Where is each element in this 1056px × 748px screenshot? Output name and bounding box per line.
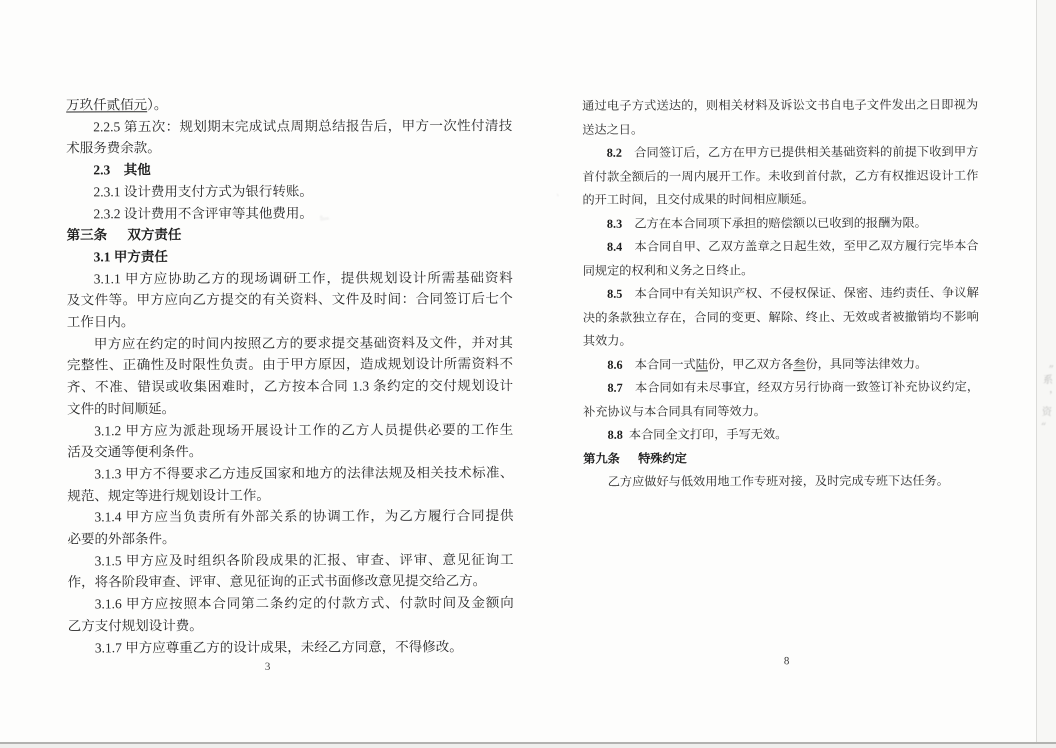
text-run: 本合同如有未尽事宜，经双方另行协商一致签订补充协议约定， [623,380,979,395]
text-run: 补充协议与本合同具有同等效力。 [583,404,766,419]
contract-text-line: 8.4 本合同自甲、乙双方盖章之日起生效，至甲乙双方履行完毕本合 [583,235,979,260]
contract-text-line: 的开工时间，且交付成果的时间相应顺延。 [582,188,978,213]
contract-text-line: 万玖仟贰佰元）。 [66,93,512,116]
text-run: 乙方在本合同项下承担的赔偿额以已收到的报酬为限。 [622,215,927,230]
text-run: 8.6 [607,357,622,371]
text-run: ）。 [147,97,167,112]
text-run: 齐、不准、错误或收集困难时，乙方按本合同 1.3 条约定的交付规划设计 [67,378,513,394]
contract-text-line: 规范、规定等进行规划设计工作。 [67,484,513,507]
contract-text-line: 完整性、正确性及时限性负责。由于甲方原因，造成规划设计所需资料不 [67,353,513,376]
contract-text-line: 乙方应做好与低效用地工作专班对接，及时完成专班下达任务。 [583,470,979,495]
text-run: 活及交通等便利条件。 [67,444,202,459]
scanned-contract-sheet: 万玖仟贰佰元）。2.2.5 第五次：规划期末完成试点周期总结报告后，甲方一次性付… [0,0,1056,748]
text-run: 份，甲乙双方各 [708,357,793,371]
text-run: 及文件等。甲方应向乙方提交的有关资料、文件及时间：合同签订后七个 [67,291,513,307]
text-run: 2.3 其他 [93,162,150,177]
contract-text-line: 8.2 合同签订后，乙方在甲方已提供相关基础资料的前提下收到甲方 [582,141,978,166]
contract-text-line: 工作日内。 [67,310,513,333]
text-run: 3.1.1 甲方应协助乙方的现场调研工作，提供规划设计所需基础资料 [94,270,513,286]
text-run: 送达之日。 [582,122,643,136]
text-run: 完整性、正确性及时限性负责。由于甲方原因，造成规划设计所需资料不 [67,356,513,372]
text-run: 3.1.2 甲方应为派赴现场开展设计工作的乙方人员提供必要的工作生 [94,422,513,438]
text-run: 合同签订后，乙方在甲方已提供相关基础资料的前提下收到甲方 [622,145,978,160]
page-8-text-column: 通过电子方式送达的，则相关材料及诉讼文书自电子文件发出之日即视为送达之日。8.2… [582,94,979,495]
text-run: 本合同一式 [623,357,696,371]
text-run: 3.1.6 甲方应按照本合同第二条约定的付款方式、付款时间及金额向 [95,595,514,611]
text-run: 8.2 [607,146,622,160]
text-run: 3.1 甲方责任 [94,249,168,264]
contract-text-line: 第三条 双方责任 [67,223,513,246]
scan-bottom-edge-shadow [0,744,1056,748]
text-run: 3.1.7 甲方应尊重乙方的设计成果，未经乙方同意，不得修改。 [95,639,463,655]
text-run: 本合同自甲、乙双方盖章之日起生效，至甲乙双方履行完毕本合 [622,239,978,254]
text-run: 的开工时间，且交付成果的时间相应顺延。 [582,192,814,207]
page-number-left: 3 [265,661,271,673]
scan-smudge-artifact: 、 [555,185,568,201]
contract-text-line: 3.1.1 甲方应协助乙方的现场调研工作，提供规划设计所需基础资料 [67,267,513,290]
contract-text-line: 8.3 乙方在本合同项下承担的赔偿额以已收到的报酬为限。 [582,211,978,236]
contract-text-line: 3.1.3 甲方不得要求乙方违反国家和地方的法律法规及相关技术标准、 [67,462,513,485]
text-run: 乙方应做好与低效用地工作专班对接，及时完成专班下达任务。 [608,474,949,489]
contract-text-line: 文件的时间顺延。 [67,397,513,420]
contract-text-line: 首付款全额后的一周内展开工作。未收到首付款，乙方有权推迟设计工作 [582,164,978,189]
page-3-text-column: 万玖仟贰佰元）。2.2.5 第五次：规划期末完成试点周期总结报告后，甲方一次性付… [66,93,514,659]
contract-text-line: 通过电子方式送达的，则相关材料及诉讼文书自电子文件发出之日即视为 [582,94,978,119]
contract-text-line: 3.1.2 甲方应为派赴现场开展设计工作的乙方人员提供必要的工作生 [67,419,513,442]
contract-text-line: 作，将各阶段审查、评审、意见征询的正式书面修改意见提交给乙方。 [68,571,514,594]
text-run: 3.1.3 甲方不得要求乙方违反国家和地方的法律法规及相关技术标准、 [94,465,513,481]
text-run: 本合同中有关知识产权、不侵权保证、保密、违约责任、争议解 [622,286,978,301]
text-run: 文件的时间顺延。 [67,401,175,416]
text-run: 首付款全额后的一周内展开工作。未收到首付款，乙方有权推迟设计工作 [582,168,978,183]
text-run: 8.7 [607,381,622,395]
page-number-right: 8 [784,655,790,667]
contract-text-line: 2.3.2 设计费用不含评审等其他费用。 [66,202,512,225]
text-run: 叁 [793,357,805,371]
contract-text-line: 齐、不准、错误或收集困难时，乙方按本合同 1.3 条约定的交付规划设计 [67,375,513,398]
text-run: 2.3.1 设计费用支付方式为银行转账。 [93,183,312,199]
contract-text-line: 3.1 甲方责任 [67,245,513,268]
contract-text-line: 8.7 本合同如有未尽事宜，经双方另行协商一致签订补充协议约定， [583,376,979,401]
text-run: 同规定的权利和义务之日终止。 [583,263,754,278]
scan-smudge-artifact: ﹄ [319,212,333,231]
contract-text-line: 3.1.7 甲方应尊重乙方的设计成果，未经乙方同意，不得修改。 [68,636,514,659]
scanned-paper: 万玖仟贰佰元）。2.2.5 第五次：规划期末完成试点周期总结报告后，甲方一次性付… [0,0,1056,748]
contract-text-line: 8.8 本合同全文打印，手写无效。 [583,423,979,448]
text-run: 3.1.4 甲方应当负责所有外部关系的协调工作，为乙方履行合同提供 [94,508,513,524]
text-run: 2.3.2 设计费用不含评审等其他费用。 [93,205,312,221]
text-run: 乙方支付规划设计费。 [68,618,203,633]
text-run: 甲方应在约定的时间内按照乙方的要求提交基础资料及文件，并对其 [94,335,513,351]
text-run: 第三条 双方责任 [67,227,182,242]
text-run: 3.1.5 甲方应及时组织各阶段成果的汇报、审查、评审、意见征询工 [95,552,514,568]
contract-text-line: 同规定的权利和义务之日终止。 [583,258,979,283]
contract-text-line: 第九条 特殊约定 [583,446,979,471]
contract-text-line: 2.3 其他 [66,158,512,181]
text-run: 工作日内。 [67,314,135,329]
text-run: 其效力。 [583,334,632,348]
contract-text-line: 补充协议与本合同具有同等效力。 [583,399,979,424]
text-run: 8.8 [608,428,623,442]
text-run: 8.5 [607,287,622,301]
text-run: 第九条 特殊约定 [583,451,687,465]
contract-text-line: 8.6 本合同一式陆份，甲乙双方各叁份，具同等法律效力。 [583,352,979,377]
contract-text-line: 送达之日。 [582,117,978,142]
text-run: 决的条款独立存在，合同的变更、解除、终止、无效或者被撤销均不影响 [583,309,979,324]
contract-text-line: 及文件等。甲方应向乙方提交的有关资料、文件及时间：合同签订后七个 [67,288,513,311]
text-run: 8.3 [607,216,622,230]
text-run: 通过电子方式送达的，则相关材料及诉讼文书自电子文件发出之日即视为 [582,98,978,113]
text-run: 规范、规定等进行规划设计工作。 [67,487,270,503]
text-run: 必要的外部条件。 [67,531,175,546]
contract-text-line: 8.5 本合同中有关知识产权、不侵权保证、保密、违约责任、争议解 [583,282,979,307]
contract-text-line: 决的条款独立存在，合同的变更、解除、终止、无效或者被撤销均不影响 [583,305,979,330]
contract-text-line: 3.1.4 甲方应当负责所有外部关系的协调工作，为乙方履行合同提供 [67,505,513,528]
text-run: 份，具同等法律效力。 [805,356,927,370]
contract-text-line: 2.2.5 第五次：规划期末完成试点周期总结报告后，甲方一次性付清技 [66,115,512,138]
text-run: 陆 [696,357,708,371]
text-run: 作，将各阶段审查、评审、意见征询的正式书面修改意见提交给乙方。 [68,574,487,590]
text-run: 2.2.5 第五次：规划期末完成试点周期总结报告后，甲方一次性付清技 [93,118,512,134]
contract-text-line: 活及交通等便利条件。 [67,440,513,463]
text-run: 8.4 [607,240,622,254]
contract-text-line: 必要的外部条件。 [67,527,513,550]
contract-text-line: 甲方应在约定的时间内按照乙方的要求提交基础资料及文件，并对其 [67,332,513,355]
contract-text-line: 3.1.5 甲方应及时组织各阶段成果的汇报、审查、评审、意见征询工 [68,549,514,572]
text-run: 万玖仟贰佰元 [66,97,147,112]
contract-text-line: 3.1.6 甲方应按照本合同第二条约定的付款方式、付款时间及金额向 [68,592,514,615]
contract-text-line: 2.3.1 设计费用支付方式为银行转账。 [66,180,512,203]
text-run: 本合同全文打印，手写无效。 [623,427,788,442]
text-run: 术服务费余款。 [66,141,161,156]
contract-text-line: 术服务费余款。 [66,136,512,159]
contract-text-line: 乙方支付规划设计费。 [68,614,514,637]
contract-text-line: 其效力。 [583,329,979,354]
